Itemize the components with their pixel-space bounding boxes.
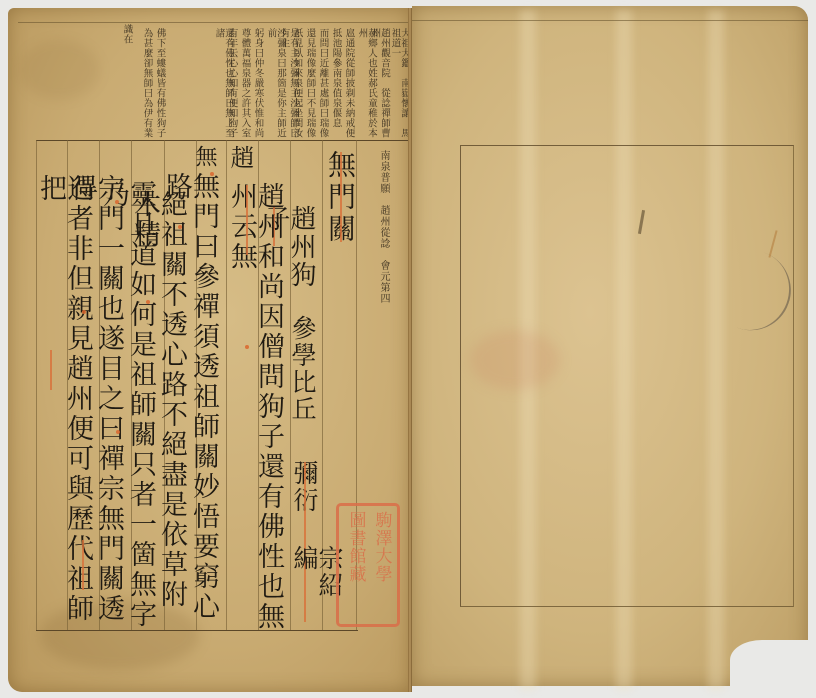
red-dot bbox=[178, 225, 182, 229]
upper-note-col: 為甚麼卻無師曰為伊有業 bbox=[142, 28, 152, 138]
text-column: 趙州和尚因僧問狗子還有佛性也無州云無 bbox=[228, 182, 282, 632]
frame-top-rule bbox=[36, 140, 408, 141]
upper-note-col: 識在 bbox=[122, 24, 132, 64]
title-red-line bbox=[340, 152, 342, 242]
upper-note-col: 躬身曰仲冬嚴寒伏惟和尚 bbox=[253, 28, 263, 138]
upper-note-col: 郝鄉人也姓郝氏童稚於本州 bbox=[357, 28, 376, 138]
heading-marker: 無 bbox=[193, 145, 215, 175]
red-line bbox=[82, 540, 84, 590]
red-dot bbox=[116, 430, 120, 434]
editor-credit: 宗紹編 bbox=[292, 545, 342, 625]
seal-text: 駒澤大學 bbox=[373, 511, 390, 619]
red-line bbox=[50, 350, 52, 390]
book-spread: 大祖大鑑 南嶽懷讓 馬祖道一 南泉普願 趙州從諗 會元第四 趙州觀音院 從諗禪師… bbox=[0, 0, 816, 698]
library-seal: 駒澤大學 圖書館藏 bbox=[336, 503, 400, 627]
red-dot bbox=[210, 172, 214, 176]
stain bbox=[20, 40, 100, 100]
seal-text: 圖書館藏 bbox=[347, 511, 364, 619]
header-rule bbox=[412, 20, 808, 21]
compiler-prefix: 參學比丘 bbox=[290, 315, 315, 435]
red-dot bbox=[82, 310, 86, 314]
side-note: 南泉普願 趙州從諗 會元第四 bbox=[378, 150, 388, 350]
upper-note-header: 大祖大鑑 南嶽懷讓 馬祖道一 bbox=[390, 28, 409, 138]
blank-ruled-frame bbox=[460, 145, 794, 607]
upper-note-col: 扈通院從師披剃未納戒便 bbox=[344, 28, 354, 138]
heading-marker: 趙 bbox=[228, 145, 252, 175]
header-rule bbox=[18, 22, 408, 23]
upper-note-col: 尊體萬福泉器之許其入室 bbox=[240, 28, 250, 138]
upper-note-col: 還見瑞像麼師曰不見瑞像 bbox=[305, 28, 315, 138]
torn-corner bbox=[730, 640, 810, 690]
upper-note-col: 抵池陽參南泉值泉偃息 bbox=[331, 28, 341, 138]
red-dot bbox=[146, 300, 150, 304]
upper-note-col: 佛下至螻蟻皆有佛性狗子 bbox=[155, 28, 165, 138]
red-dot bbox=[115, 200, 119, 204]
red-line bbox=[246, 185, 248, 255]
red-dot bbox=[245, 345, 249, 349]
upper-note-col: 還有佛性也無師曰無上至諸 bbox=[214, 28, 233, 138]
upper-note-col: 而問曰近離甚處師曰瑞像 bbox=[318, 28, 328, 138]
upper-note-col: 沙彌泉曰那箇是你主師近前 bbox=[266, 28, 285, 138]
